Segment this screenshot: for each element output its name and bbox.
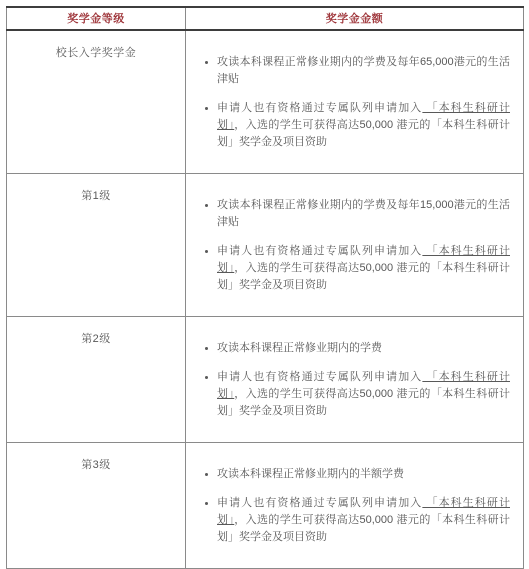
scholarship-level-label: 第1级 (81, 190, 111, 202)
scholarship-level-cell: 第1级 (7, 174, 186, 317)
amount-bullet-item: 攻读本科课程正常修业期内的学费 (217, 340, 510, 357)
scholarship-amount-cell: 攻读本科课程正常修业期内的学费及每年65,000港元的生活津贴申请人也有资格通过… (186, 30, 524, 174)
scholarship-amount-cell: 攻读本科课程正常修业期内的学费及每年15,000港元的生活津贴申请人也有资格通过… (186, 174, 524, 317)
scholarship-level-cell: 第3级 (7, 443, 186, 569)
amount-bullet-item: 攻读本科课程正常修业期内的半额学费 (217, 466, 510, 483)
amount-bullet-item: 申请人也有资格通过专属队列申请加入 「本科生科研计划」，入选的学生可获得高达50… (217, 495, 510, 546)
amount-bullet-item: 攻读本科课程正常修业期内的学费及每年15,000港元的生活津贴 (217, 197, 510, 231)
scholarship-page: 奖学金等级 奖学金金额 校长入学奖学金 攻读本科课程正常修业期内的学费及每年65… (0, 0, 529, 569)
ug-research-programme-link[interactable]: 「本科生科研计划」 (217, 497, 510, 526)
header-scholarship-amount: 奖学金金额 (186, 7, 524, 30)
scholarship-level-cell: 校长入学奖学金 (7, 30, 186, 174)
scholarship-level-label: 第2级 (81, 333, 111, 345)
amount-bullet-item: 申请人也有资格通过专属队列申请加入 「本科生科研计划」，入选的学生可获得高达50… (217, 100, 510, 151)
amount-bullet-list: 攻读本科课程正常修业期内的半额学费申请人也有资格通过专属队列申请加入 「本科生科… (200, 466, 510, 546)
table-row: 第1级 攻读本科课程正常修业期内的学费及每年15,000港元的生活津贴申请人也有… (7, 174, 524, 317)
ug-research-programme-link[interactable]: 「本科生科研计划」 (217, 102, 510, 131)
amount-bullet-item: 攻读本科课程正常修业期内的学费及每年65,000港元的生活津贴 (217, 54, 510, 88)
scholarship-level-cell: 第2级 (7, 317, 186, 443)
amount-bullet-list: 攻读本科课程正常修业期内的学费申请人也有资格通过专属队列申请加入 「本科生科研计… (200, 340, 510, 420)
amount-bullet-list: 攻读本科课程正常修业期内的学费及每年65,000港元的生活津贴申请人也有资格通过… (200, 54, 510, 151)
scholarship-amount-cell: 攻读本科课程正常修业期内的学费申请人也有资格通过专属队列申请加入 「本科生科研计… (186, 317, 524, 443)
table-row: 第3级 攻读本科课程正常修业期内的半额学费申请人也有资格通过专属队列申请加入 「… (7, 443, 524, 569)
amount-bullet-item: 申请人也有资格通过专属队列申请加入 「本科生科研计划」，入选的学生可获得高达50… (217, 369, 510, 420)
header-row: 奖学金等级 奖学金金额 (7, 7, 524, 30)
scholarship-table: 奖学金等级 奖学金金额 校长入学奖学金 攻读本科课程正常修业期内的学费及每年65… (6, 6, 524, 569)
ug-research-programme-link[interactable]: 「本科生科研计划」 (217, 245, 510, 274)
table-row: 第2级 攻读本科课程正常修业期内的学费申请人也有资格通过专属队列申请加入 「本科… (7, 317, 524, 443)
scholarship-level-label: 校长入学奖学金 (56, 47, 137, 59)
ug-research-programme-link[interactable]: 「本科生科研计划」 (217, 371, 510, 400)
scholarship-amount-cell: 攻读本科课程正常修业期内的半额学费申请人也有资格通过专属队列申请加入 「本科生科… (186, 443, 524, 569)
scholarship-table-body: 校长入学奖学金 攻读本科课程正常修业期内的学费及每年65,000港元的生活津贴申… (7, 30, 524, 569)
header-scholarship-level: 奖学金等级 (7, 7, 186, 30)
table-row: 校长入学奖学金 攻读本科课程正常修业期内的学费及每年65,000港元的生活津贴申… (7, 30, 524, 174)
amount-bullet-item: 申请人也有资格通过专属队列申请加入 「本科生科研计划」，入选的学生可获得高达50… (217, 243, 510, 294)
scholarship-level-label: 第3级 (81, 459, 111, 471)
amount-bullet-list: 攻读本科课程正常修业期内的学费及每年15,000港元的生活津贴申请人也有资格通过… (200, 197, 510, 294)
